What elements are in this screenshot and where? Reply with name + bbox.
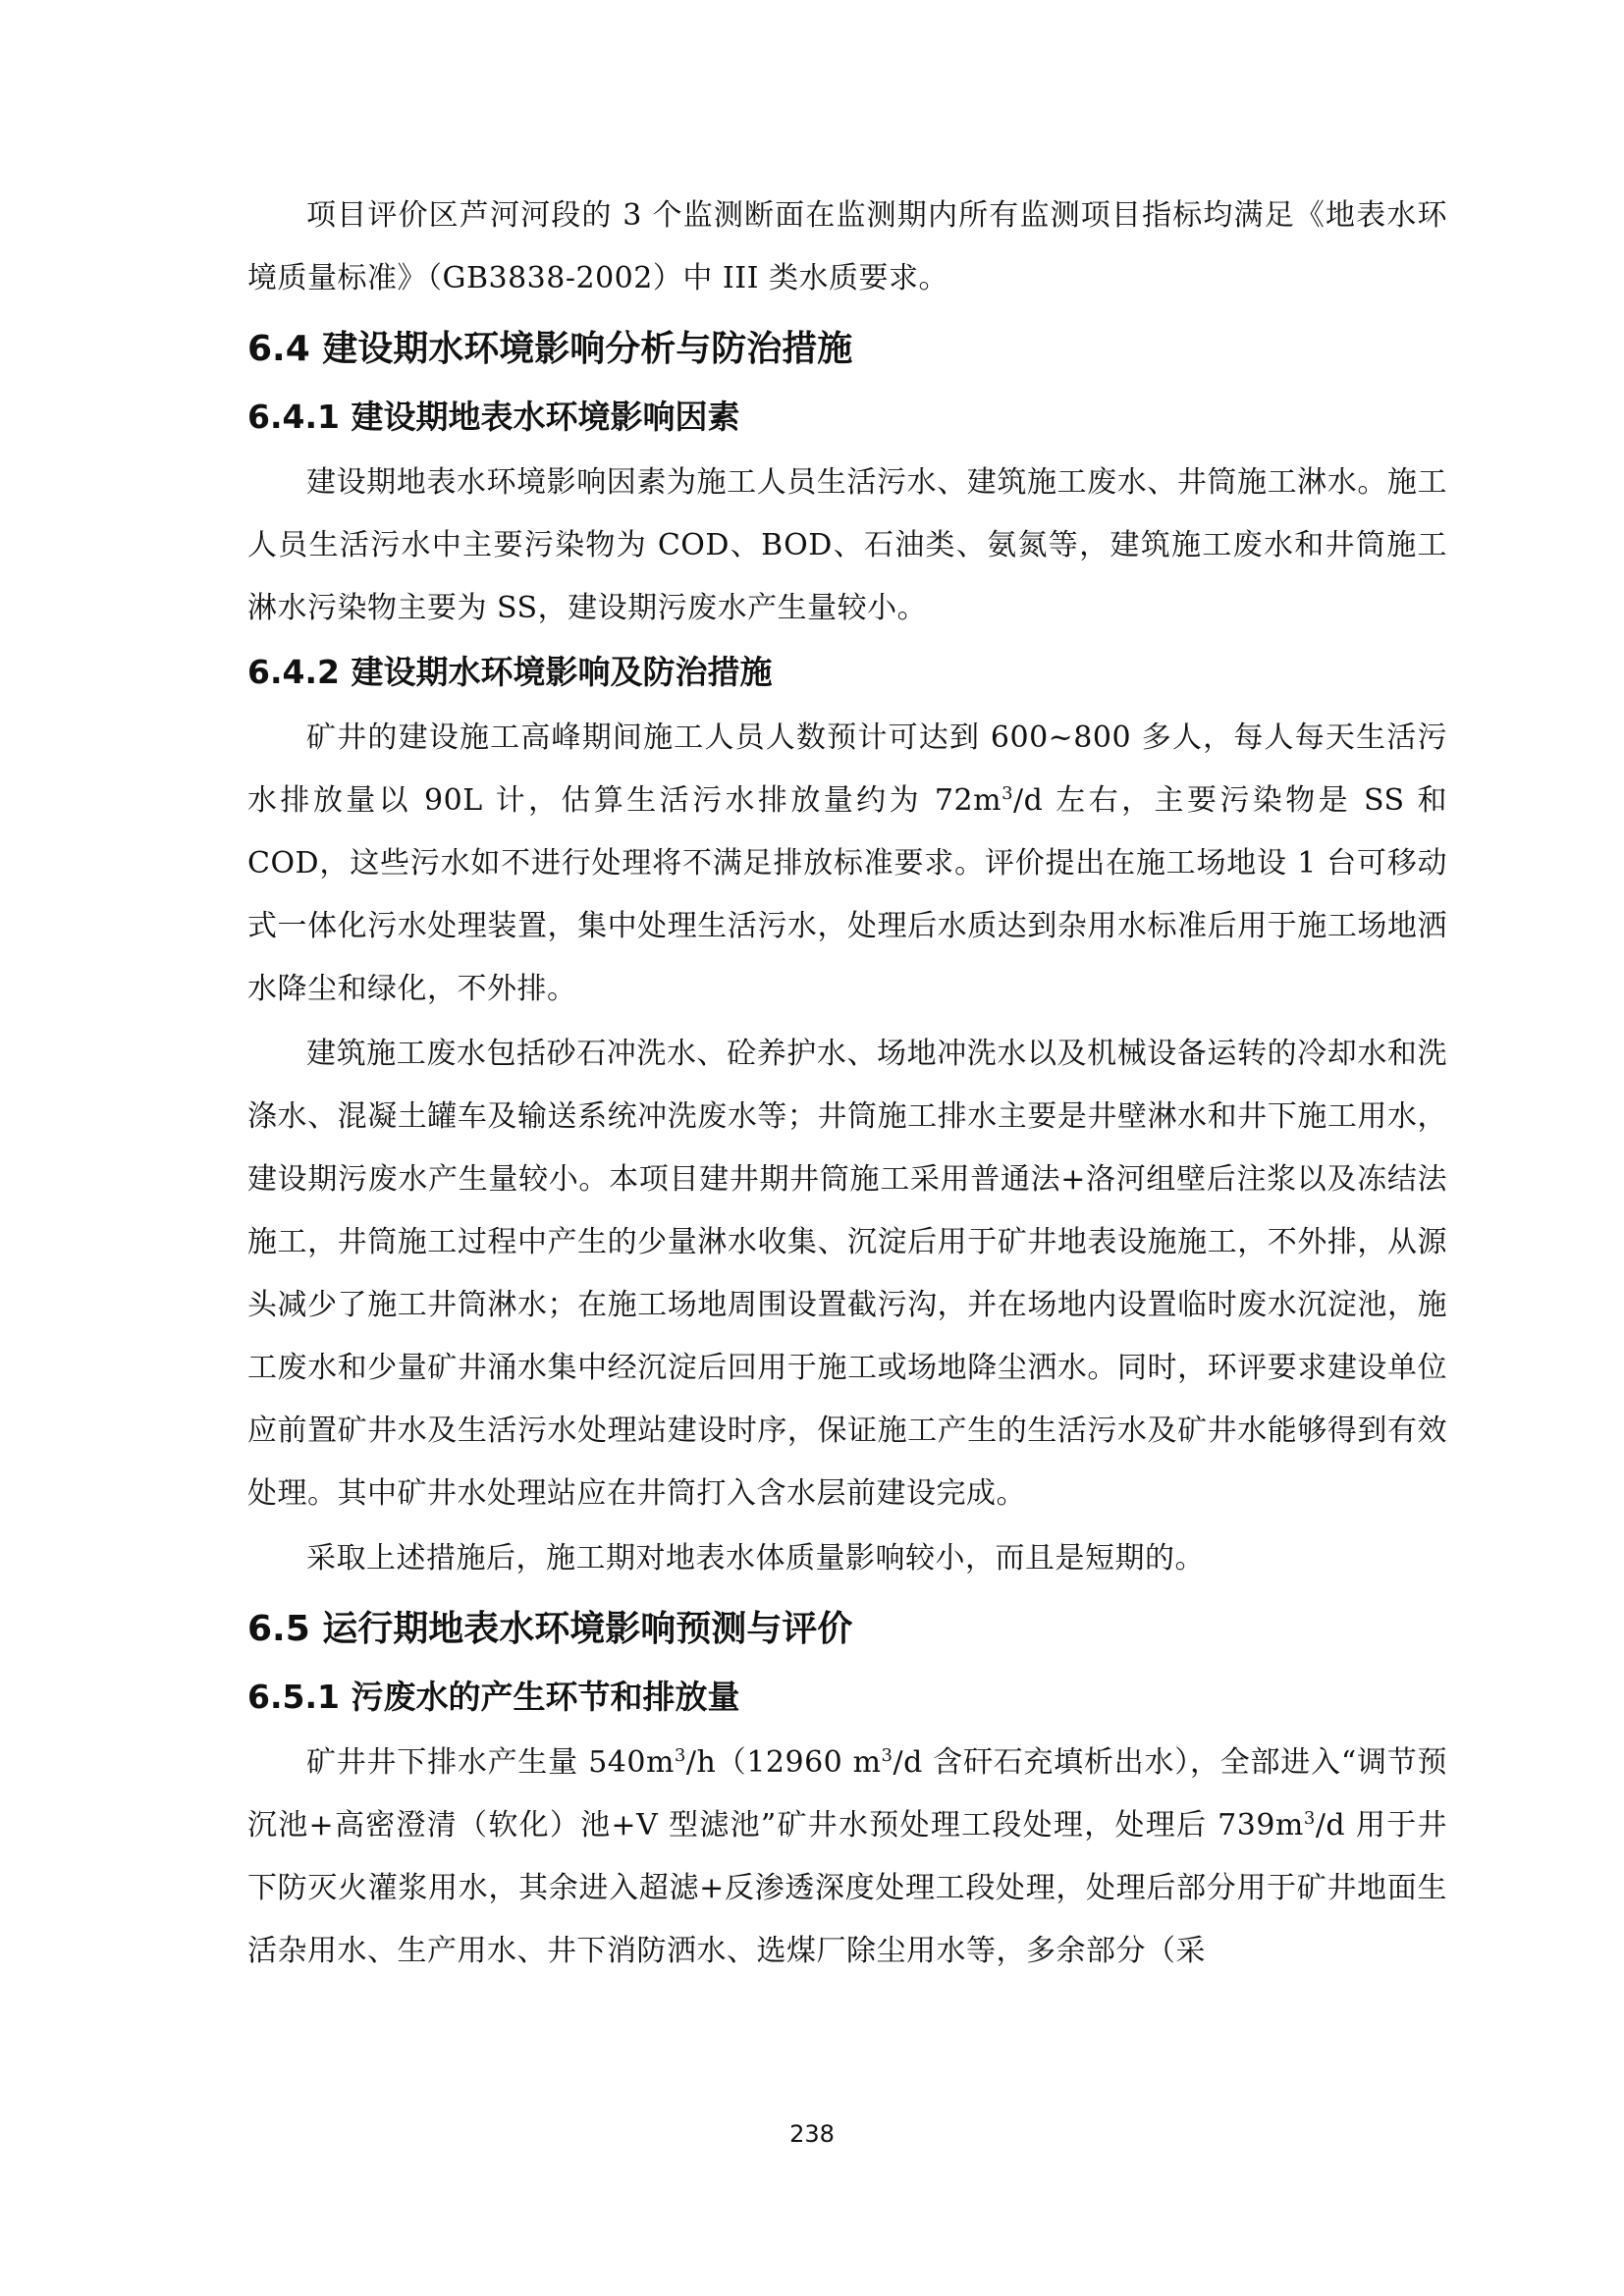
document-page: 项目评价区芦河河段的 3 个监测断面在监测期内所有监测项目指标均满足《地表水环境… [247, 185, 1447, 1983]
paragraph-6-4-2-construction-wastewater: 建筑施工废水包括砂石冲洗水、砼养护水、场地冲洗水以及机械设备运转的冷却水和洗涤水… [247, 1023, 1447, 1525]
paragraph-6-4-1: 建设期地表水环境影响因素为施工人员生活污水、建筑施工废水、井筒施工淋水。施工人员… [247, 452, 1447, 640]
heading-6-5-1: 6.5.1 污废水的产生环节和排放量 [247, 1667, 1447, 1728]
heading-6-4-2: 6.4.2 建设期水环境影响及防治措施 [247, 642, 1447, 703]
superscript-3: 3 [882, 1745, 893, 1766]
superscript-3: 3 [675, 1745, 686, 1766]
page-number: 238 [0, 2120, 1624, 2148]
paragraph-6-5-1: 矿井井下排水产生量 540m3/h（12960 m3/d 含矸石充填析出水），全… [247, 1732, 1447, 1983]
superscript-3: 3 [1001, 783, 1013, 804]
heading-6-4-1: 6.4.1 建设期地表水环境影响因素 [247, 387, 1447, 448]
text-run: 矿井井下排水产生量 540m [306, 1745, 675, 1780]
paragraph-6-4-2-domestic-sewage: 矿井的建设施工高峰期间施工人员人数预计可达到 600~800 多人，每人每天生活… [247, 707, 1447, 1021]
paragraph-6-4-2-conclusion: 采取上述措施后，施工期对地表水体质量影响较小，而且是短期的。 [247, 1527, 1447, 1590]
text-run: /h（12960 m [686, 1745, 882, 1780]
paragraph-monitoring-result: 项目评价区芦河河段的 3 个监测断面在监测期内所有监测项目指标均满足《地表水环境… [247, 185, 1447, 310]
heading-6-5: 6.5 运行期地表水环境影响预测与评价 [247, 1598, 1447, 1661]
superscript-3: 3 [1304, 1808, 1316, 1829]
heading-6-4: 6.4 建设期水环境影响分析与防治措施 [247, 318, 1447, 381]
